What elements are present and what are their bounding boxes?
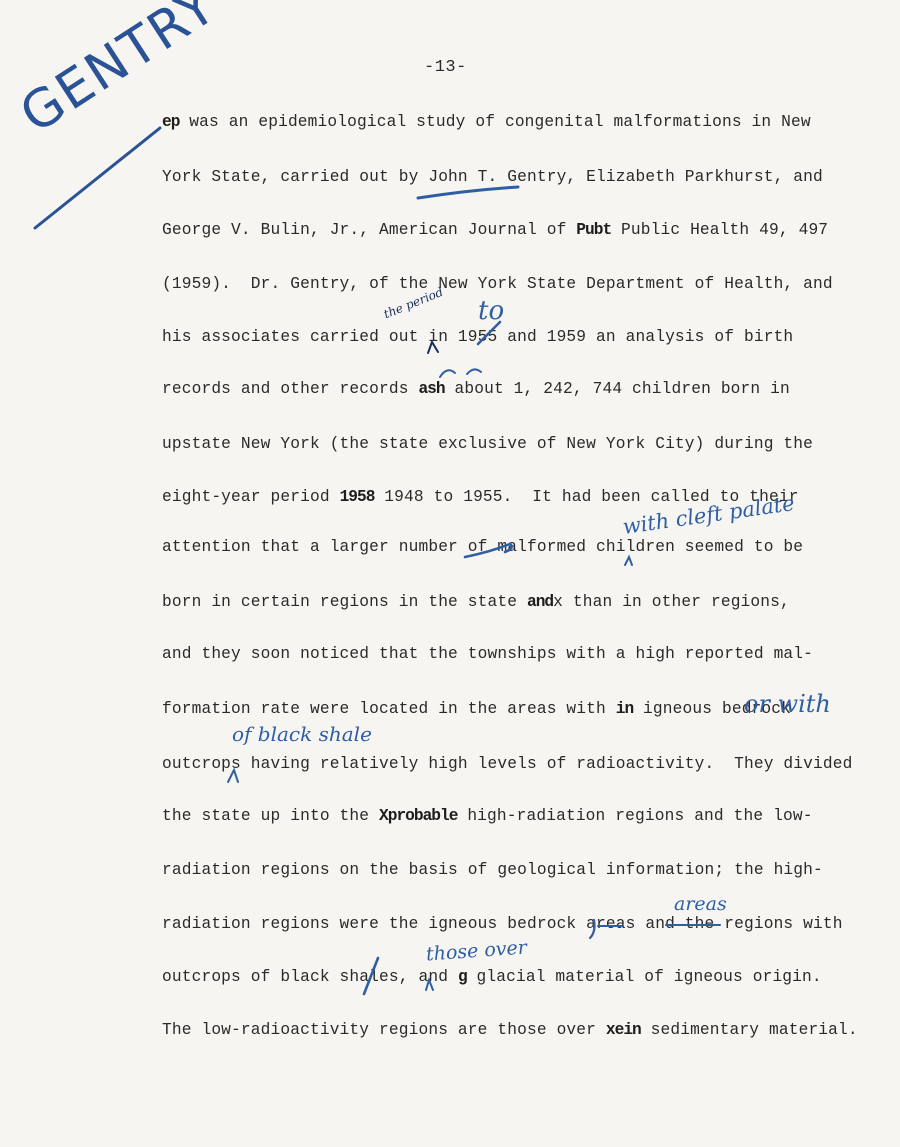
annotation-those-over: those over	[425, 937, 527, 966]
text-line-16: radiation regions were the igneous bedro…	[162, 915, 843, 933]
strikeover: xein	[606, 1021, 641, 1039]
text-line-5: his associates carried out in 1955 and 1…	[162, 328, 793, 346]
text-line-6: records and other records ash about 1, 2…	[162, 380, 790, 398]
strikeover: g	[458, 968, 467, 986]
strikeover: in	[616, 700, 633, 718]
strikeover: and	[527, 593, 553, 611]
text-line-7: upstate New York (the state exclusive of…	[162, 435, 813, 453]
page-number: -13-	[424, 58, 467, 77]
text-line-3: George V. Bulin, Jr., American Journal o…	[162, 221, 828, 239]
text-line-1: ep was an epidemiological study of conge…	[162, 113, 811, 131]
text-line-14: the state up into the Xprobable high-rad…	[162, 807, 813, 825]
strikeover: Pubt	[576, 221, 611, 239]
strikeover: ash	[418, 380, 444, 398]
text-line-18: The low-radioactivity regions are those …	[162, 1021, 858, 1039]
text-line-15: radiation regions on the basis of geolog…	[162, 861, 823, 879]
strikeover: Xprobable	[379, 807, 457, 825]
strikeover: 1958	[340, 488, 375, 506]
annotation-areas: areas	[674, 893, 727, 915]
text-line-9: attention that a larger number of malfor…	[162, 538, 803, 556]
text-line-11: and they soon noticed that the townships…	[162, 645, 813, 663]
annotation-or-with: or with	[744, 690, 831, 718]
text-line-2: York State, carried out by John T. Gentr…	[162, 168, 823, 186]
text-line-13: outcrops having relatively high levels o…	[162, 755, 853, 773]
strikeover: ep	[162, 113, 179, 131]
annotation-to: to	[478, 296, 504, 326]
text-line-12: formation rate were located in the areas…	[162, 700, 791, 718]
annotation-of-black-shale: of black shale	[232, 722, 372, 746]
text-line-17: outcrops of black shales, and g glacial …	[162, 968, 822, 986]
text-line-10: born in certain regions in the state and…	[162, 593, 790, 611]
text-line-4: (1959). Dr. Gentry, of the New York Stat…	[162, 275, 833, 293]
